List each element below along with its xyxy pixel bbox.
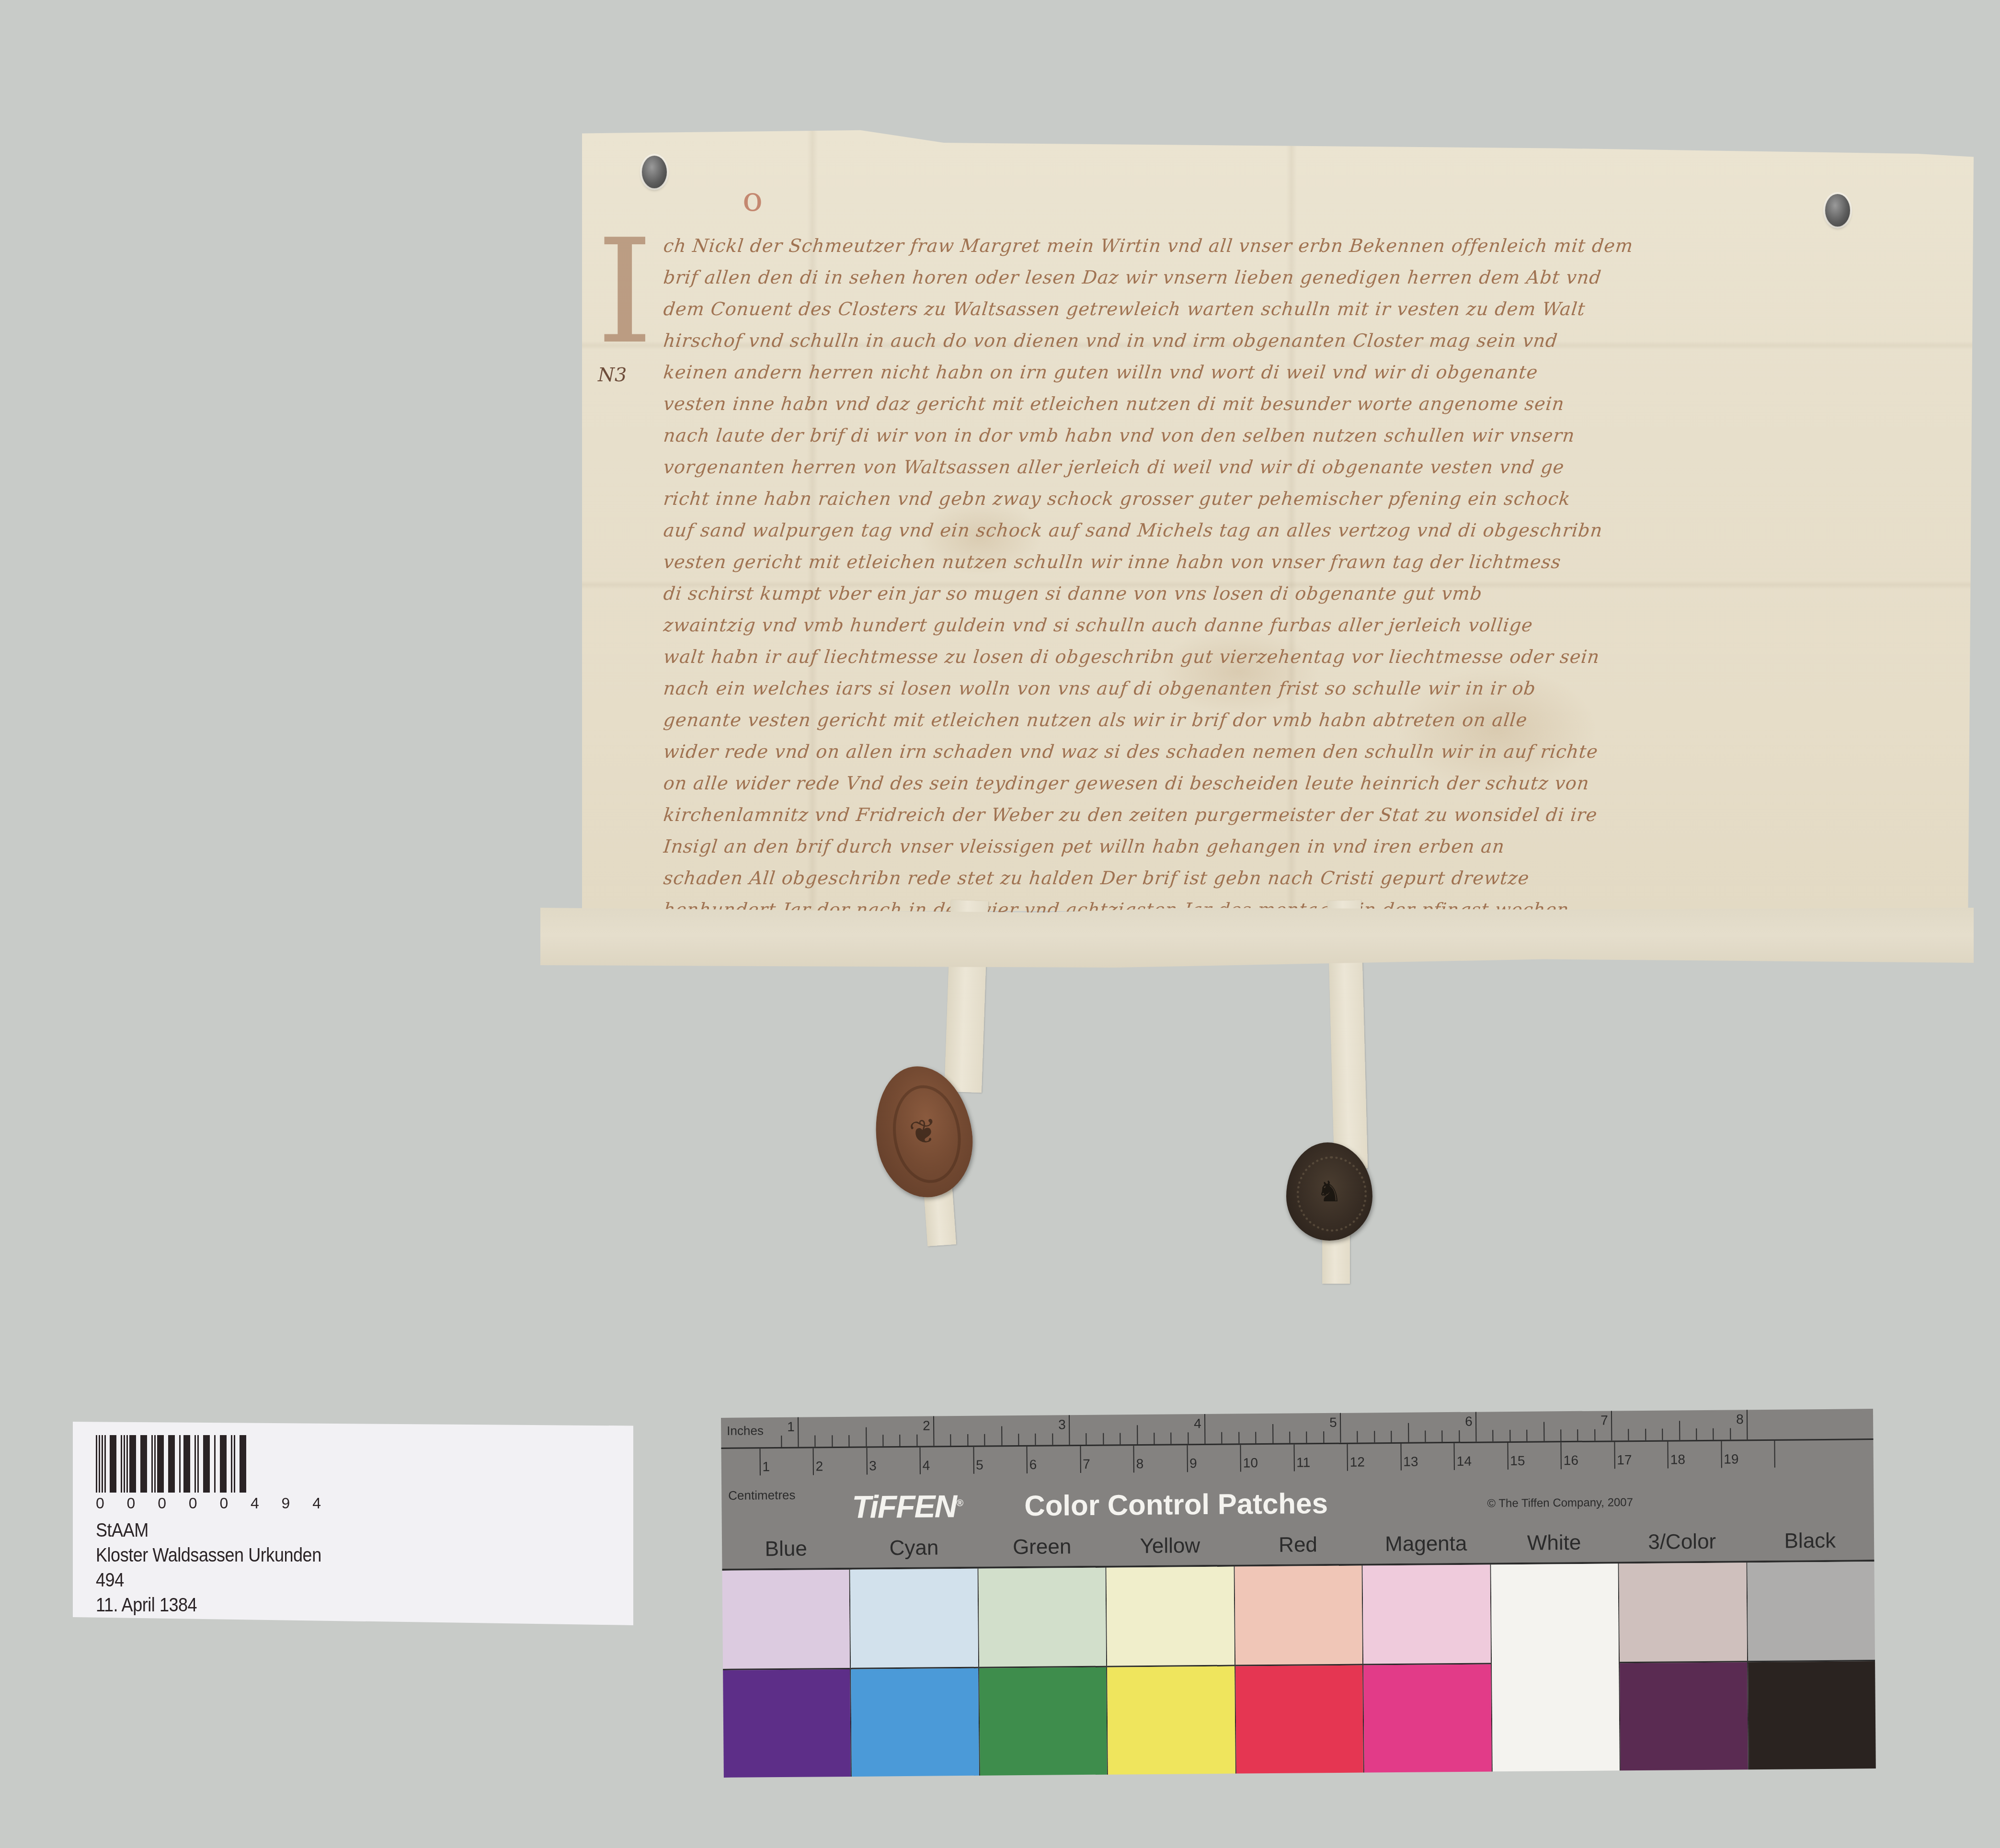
ruler-tick	[1018, 1434, 1019, 1445]
inch-tick-label: 1	[787, 1419, 795, 1435]
ruler-tick	[1086, 1433, 1087, 1445]
ruler-tick	[919, 1448, 920, 1474]
ruler-tick	[1357, 1431, 1358, 1443]
patch-light	[1363, 1564, 1491, 1665]
ruler-tick	[1526, 1430, 1527, 1441]
color-patch-white	[1491, 1563, 1621, 1771]
text-line: kirchenlamnitz vnd Fridreich der Weber z…	[662, 799, 1892, 831]
collection-name: Kloster Waldsassen Urkunden	[96, 1545, 321, 1566]
mounting-magnet	[1825, 194, 1850, 227]
text-line: wider rede vnd on allen irn schaden vnd …	[662, 736, 1892, 767]
ruler-tick	[815, 1435, 816, 1447]
ruler-tick	[916, 1435, 917, 1446]
ruler-tick	[1614, 1442, 1615, 1469]
ruler-tick	[1080, 1446, 1081, 1473]
text-line: hirschof vnd schulln in auch do von dien…	[662, 325, 1892, 356]
archive-label: 00 00 04 94 StAAM Kloster Waldsassen Urk…	[73, 1422, 633, 1625]
patch-saturated	[1363, 1664, 1491, 1772]
inch-tick-label: 3	[1058, 1417, 1066, 1432]
color-patch-magenta	[1363, 1564, 1493, 1772]
patch-label: White	[1490, 1530, 1618, 1560]
text-line: auf sand walpurgen tag vnd ein schock au…	[662, 514, 1892, 546]
chart-title: Color Control Patches	[1024, 1487, 1328, 1522]
ruler-tick	[1730, 1428, 1731, 1439]
ruler-tick	[832, 1435, 833, 1447]
ruler-tick	[813, 1448, 814, 1475]
color-patch-cyan	[850, 1569, 980, 1777]
ruler-tick	[984, 1434, 985, 1446]
document-date: 11. April 1384	[96, 1595, 197, 1616]
ruler-tick	[1052, 1434, 1053, 1445]
patch-label: Red	[1234, 1532, 1362, 1562]
cm-tick-label: 7	[1083, 1457, 1090, 1472]
text-line: on alle wider rede Vnd des sein teydinge…	[662, 767, 1892, 799]
patch-saturated	[979, 1667, 1107, 1776]
color-patch-red	[1234, 1565, 1364, 1773]
text-line: keinen andern herren nicht habn on irn g…	[662, 356, 1892, 388]
ruler-tick	[1374, 1431, 1375, 1442]
patch-light	[850, 1569, 978, 1669]
text-line: nach laute der brif di wir von in dor vm…	[662, 420, 1892, 451]
patch-label: Green	[978, 1535, 1106, 1564]
color-patch-black	[1747, 1562, 1876, 1769]
text-line: zwaintzig vnd vmb hundert guldein vnd si…	[662, 609, 1892, 641]
ruler-tick	[1035, 1434, 1036, 1445]
cm-tick-label: 15	[1510, 1453, 1525, 1469]
text-line: schaden All obgeschribn rede stet zu hal…	[662, 862, 1892, 894]
ruler-tick	[1347, 1444, 1348, 1471]
ruler-tick	[950, 1434, 951, 1446]
ruler-tick	[1238, 1432, 1239, 1444]
cm-tick-label: 3	[869, 1458, 877, 1473]
ruler-tick	[1026, 1447, 1027, 1473]
document-number: 494	[96, 1570, 124, 1591]
cm-tick-label: 8	[1136, 1456, 1144, 1472]
ruler-tick	[1667, 1441, 1668, 1468]
margin-annotation: o	[743, 180, 763, 219]
ruler-tick	[1133, 1446, 1134, 1472]
cm-tick-label: 19	[1724, 1451, 1738, 1467]
cm-tick-label: 18	[1670, 1452, 1685, 1467]
inch-tick-label: 5	[1329, 1415, 1337, 1430]
inch-tick-label: 4	[1194, 1416, 1201, 1431]
color-patch-blue	[722, 1570, 852, 1778]
ruler-tick	[1577, 1429, 1578, 1441]
ruler-tick	[882, 1435, 883, 1446]
ruler-tick	[1188, 1432, 1189, 1444]
patch-light	[1234, 1566, 1362, 1666]
ruler-tick	[1628, 1429, 1629, 1440]
cm-tick-label: 14	[1457, 1454, 1472, 1469]
ruler-tick	[1272, 1424, 1273, 1443]
ruler-tick	[1137, 1425, 1138, 1444]
ruler-tick	[1560, 1442, 1561, 1469]
barcode-number: 00 00 04 94	[96, 1494, 321, 1512]
ruler-tick	[1475, 1412, 1476, 1442]
patch-label: Yellow	[1106, 1534, 1234, 1563]
patch-saturated	[1107, 1666, 1235, 1775]
patch-label: Cyan	[850, 1536, 978, 1565]
ruler-tick	[1679, 1421, 1680, 1440]
text-line: vesten inne habn vnd daz gericht mit etl…	[662, 388, 1892, 420]
ruler-tick	[973, 1447, 974, 1474]
text-line: dem Conuent des Closters zu Waltsassen g…	[662, 293, 1892, 325]
decorated-initial: I	[596, 220, 653, 364]
plica-fold	[540, 908, 1974, 968]
text-line: brif allen den di in sehen horen oder le…	[662, 262, 1892, 293]
ruler-tick	[848, 1435, 849, 1447]
ruler-tick	[1222, 1432, 1223, 1444]
ruler-tick	[1611, 1411, 1612, 1440]
cm-tick-label: 17	[1617, 1452, 1632, 1468]
patch-label: Black	[1746, 1529, 1874, 1558]
cm-tick-label: 4	[923, 1458, 930, 1473]
patch-label: 3/Color	[1618, 1529, 1746, 1559]
inch-tick-label: 2	[923, 1418, 930, 1434]
inch-tick-label: 7	[1600, 1413, 1608, 1428]
ruler-tick	[1747, 1410, 1748, 1439]
cm-tick-label: 9	[1189, 1456, 1197, 1471]
ruler-tick	[1459, 1430, 1460, 1442]
ruler-tick	[1400, 1444, 1401, 1471]
patch-saturated	[723, 1669, 851, 1778]
charter-text: ch Nickl der Schmeutzer fraw Margret mei…	[663, 230, 1890, 925]
tiffen-logo: TiFFEN®	[852, 1488, 962, 1525]
inch-tick-label: 8	[1736, 1412, 1744, 1427]
ruler-tick	[1103, 1433, 1104, 1445]
ruler-tick	[900, 1435, 901, 1446]
cm-tick-label: 6	[1029, 1457, 1037, 1472]
patch-saturated	[1748, 1661, 1876, 1769]
patch-label: Blue	[722, 1537, 850, 1566]
patch-saturated	[1620, 1662, 1748, 1770]
inch-ruler-label: Inches	[727, 1423, 764, 1438]
cm-tick-label: 10	[1243, 1455, 1258, 1471]
text-line: ch Nickl der Schmeutzer fraw Margret mei…	[662, 230, 1892, 262]
archive-name: StAAM	[96, 1520, 149, 1541]
patch-light	[722, 1570, 850, 1670]
ruler-tick	[1543, 1422, 1544, 1441]
ruler-tick	[1187, 1445, 1188, 1472]
color-patches	[722, 1560, 1875, 1778]
cm-tick-label: 11	[1296, 1455, 1310, 1470]
color-patch-green	[978, 1568, 1108, 1776]
ruler-tick	[1507, 1443, 1508, 1470]
text-line: genante vesten gericht mit etleichen nut…	[662, 704, 1892, 736]
ruler-tick	[1171, 1433, 1172, 1444]
inch-tick-label: 6	[1465, 1414, 1473, 1429]
ruler-tick	[1240, 1445, 1241, 1472]
patch-saturated	[851, 1668, 979, 1777]
ruler-tick	[1408, 1423, 1409, 1442]
ruler-tick	[1493, 1430, 1494, 1441]
ruler-tick	[1774, 1441, 1775, 1468]
ruler-tick	[1293, 1445, 1294, 1472]
ruler-tick	[1154, 1433, 1154, 1444]
cm-tick-label: 13	[1403, 1454, 1418, 1470]
cm-tick-label: 12	[1350, 1454, 1365, 1470]
ruler-tick	[1204, 1414, 1205, 1444]
ruler-tick	[1255, 1432, 1256, 1443]
ruler-tick	[866, 1448, 867, 1475]
seal-figure-icon: ❦	[907, 1110, 940, 1153]
patch-light	[1619, 1563, 1747, 1663]
barcode	[96, 1435, 246, 1493]
ruler-tick	[866, 1427, 867, 1447]
ruler-tick	[1069, 1415, 1070, 1445]
patch-light	[1107, 1567, 1234, 1667]
text-line: richt inne habn raichen vnd gebn zway sc…	[662, 483, 1892, 514]
margin-annotation: N3	[598, 364, 627, 386]
ruler-tick	[1391, 1431, 1392, 1442]
ruler-tick	[759, 1449, 760, 1475]
ruler-tick	[1323, 1431, 1324, 1443]
ruler-tick	[933, 1416, 934, 1446]
ruler-tick	[967, 1434, 968, 1446]
text-line: vesten gericht mit etleichen nutzen schu…	[662, 546, 1892, 578]
chart-header: 12345678 Inches 123456789101112131415161…	[721, 1409, 1874, 1569]
ruler-tick	[1594, 1429, 1595, 1441]
cm-tick-label: 5	[976, 1458, 983, 1473]
ruler-tick	[1696, 1428, 1697, 1440]
ruler-tick	[1306, 1431, 1307, 1443]
ruler-tick	[1120, 1433, 1120, 1444]
cm-tick-label: 1	[762, 1459, 770, 1474]
ruler-tick	[781, 1436, 782, 1447]
ruler-tick	[1001, 1426, 1002, 1445]
ruler-tick	[1340, 1413, 1341, 1443]
ruler-tick	[1509, 1430, 1510, 1441]
patch-light	[1491, 1563, 1620, 1771]
ruler-tick	[1289, 1432, 1290, 1443]
patch-saturated	[1235, 1665, 1363, 1773]
horse-figure-icon: ♞	[1316, 1175, 1342, 1209]
patch-light	[1747, 1562, 1875, 1662]
ruler-tick	[1442, 1430, 1443, 1442]
ruler-tick	[1713, 1428, 1714, 1440]
patch-label: Magenta	[1362, 1531, 1490, 1561]
patch-light	[978, 1568, 1106, 1668]
color-patch-yellow	[1107, 1567, 1236, 1775]
ruler-tick	[1560, 1429, 1561, 1441]
ruler-tick	[1721, 1441, 1722, 1468]
ruler-tick	[798, 1417, 799, 1447]
ruler-tick	[1662, 1429, 1663, 1440]
text-line: walt habn ir auf liechtmesse zu losen di…	[662, 641, 1892, 673]
text-line: Insigl an den brif durch vnser vleissige…	[662, 831, 1892, 862]
tiffen-color-chart: 12345678 Inches 123456789101112131415161…	[721, 1409, 1876, 1777]
cm-ruler-label: Centimetres	[728, 1488, 795, 1503]
cm-tick-label: 2	[816, 1459, 823, 1474]
text-line: di schirst kumpt vber ein jar so mugen s…	[662, 578, 1892, 609]
cm-tick-label: 16	[1564, 1453, 1578, 1468]
ruler-tick	[1645, 1429, 1646, 1440]
ruler-tick	[1425, 1430, 1426, 1442]
mounting-magnet	[642, 156, 667, 188]
text-line: vorgenanten herren von Waltsassen aller …	[662, 451, 1892, 483]
text-line: nach ein welches iars si losen wolln von…	[662, 673, 1892, 704]
ruler-tick	[1453, 1443, 1454, 1470]
chart-copyright: © The Tiffen Company, 2007	[1487, 1496, 1633, 1510]
color-patch-3-color	[1619, 1563, 1749, 1770]
